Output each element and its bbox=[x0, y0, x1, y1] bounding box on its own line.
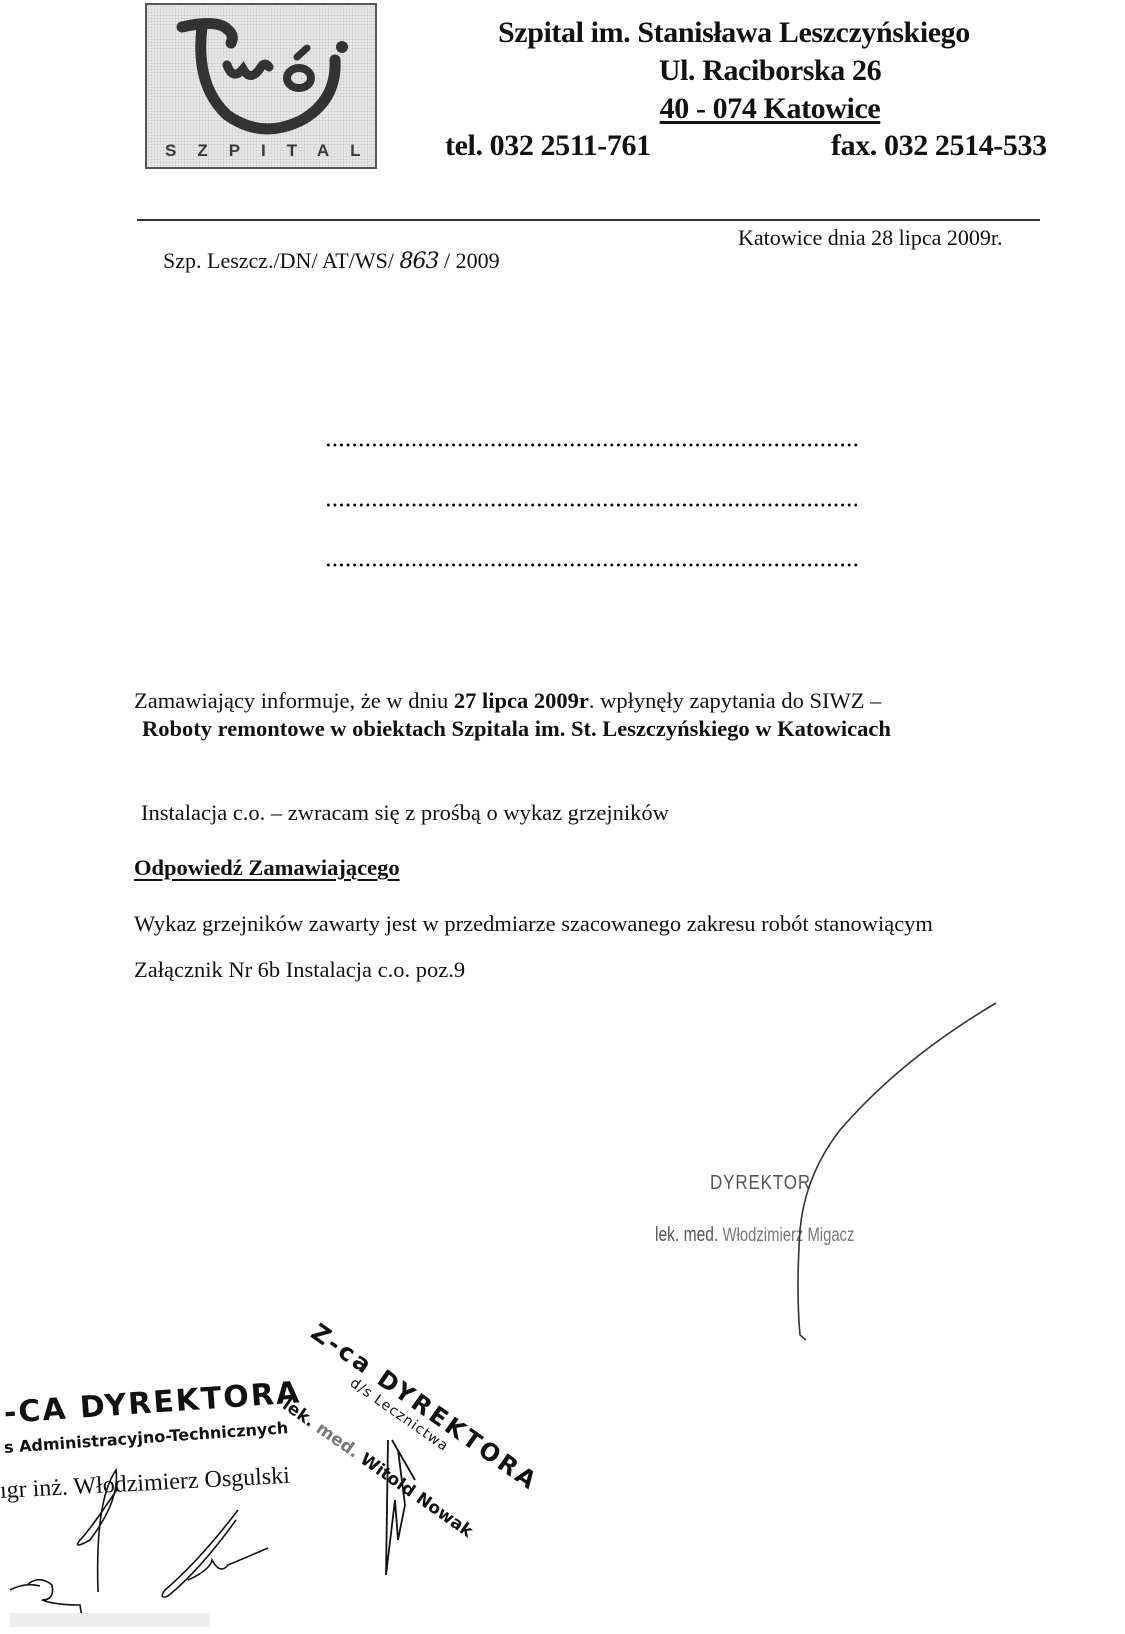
director-name: lek. med. Włodzimierz Migacz bbox=[655, 1224, 854, 1247]
reference-suffix: / 2009 bbox=[438, 248, 499, 273]
director-name-text: Włodzimierz Migacz bbox=[723, 1225, 855, 1246]
right-stamp-prefix-grey: med. bbox=[312, 1419, 368, 1466]
addressee-line-2 bbox=[325, 503, 860, 507]
hospital-street: Ul. Raciborska 26 bbox=[570, 52, 970, 90]
hospital-postal-city: 40 - 074 Katowice bbox=[570, 90, 970, 128]
hospital-tel: tel. 032 2511-761 bbox=[445, 127, 651, 165]
reference-number: Szp. Leszcz./DN/ AT/WS/ 863 / 2009 bbox=[163, 248, 500, 274]
intro-text: Zamawiający informuje, że w dniu bbox=[134, 688, 454, 713]
answer-line-1: Wykaz grzejników zawarty jest w przedmia… bbox=[134, 911, 933, 937]
hospital-fax: fax. 032 2514-533 bbox=[831, 127, 1047, 165]
addressee-line-1 bbox=[325, 443, 860, 447]
answer-line-2: Załącznik Nr 6b Instalacja c.o. poz.9 bbox=[134, 957, 465, 983]
left-stamp-name: ıgr inż. Włodzimierz Osgulski bbox=[0, 1463, 290, 1505]
hospital-logo: SZPITAL bbox=[145, 3, 377, 169]
postal-city-text: 40 - 074 Katowice bbox=[660, 92, 881, 125]
intro-paragraph: Zamawiający informuje, że w dniu 27 lipc… bbox=[134, 688, 881, 714]
answer-heading: Odpowiedź Zamawiającego bbox=[134, 855, 400, 881]
question-text: Instalacja c.o. – zwracam się z prośbą o… bbox=[141, 800, 669, 826]
right-stamp-title: Z-ca DYREKTORA bbox=[306, 1318, 544, 1496]
header-divider bbox=[137, 219, 1040, 221]
director-prefix: lek. med. bbox=[655, 1224, 723, 1246]
reference-handwritten-number: 863 bbox=[399, 249, 438, 274]
reference-prefix: Szp. Leszcz./DN/ AT/WS/ bbox=[163, 248, 399, 273]
place-date: Katowice dnia 28 lipca 2009r. bbox=[738, 225, 1003, 251]
intro-text-end: . wpłynęły zapytania do SIWZ – bbox=[589, 688, 881, 713]
director-title: DYREKTOR bbox=[710, 1172, 811, 1195]
addressee-line-3 bbox=[325, 563, 860, 567]
intro-date: 27 lipca 2009r bbox=[454, 688, 589, 713]
logo-word: SZPITAL bbox=[147, 141, 375, 161]
right-stamp-name-text: Witold Nowak bbox=[356, 1449, 476, 1541]
subject-line: Roboty remontowe w obiektach Szpitala im… bbox=[142, 716, 891, 742]
hospital-name: Szpital im. Stanisława Leszczyńskiego bbox=[498, 14, 1058, 52]
scan-artifact bbox=[10, 1613, 210, 1627]
